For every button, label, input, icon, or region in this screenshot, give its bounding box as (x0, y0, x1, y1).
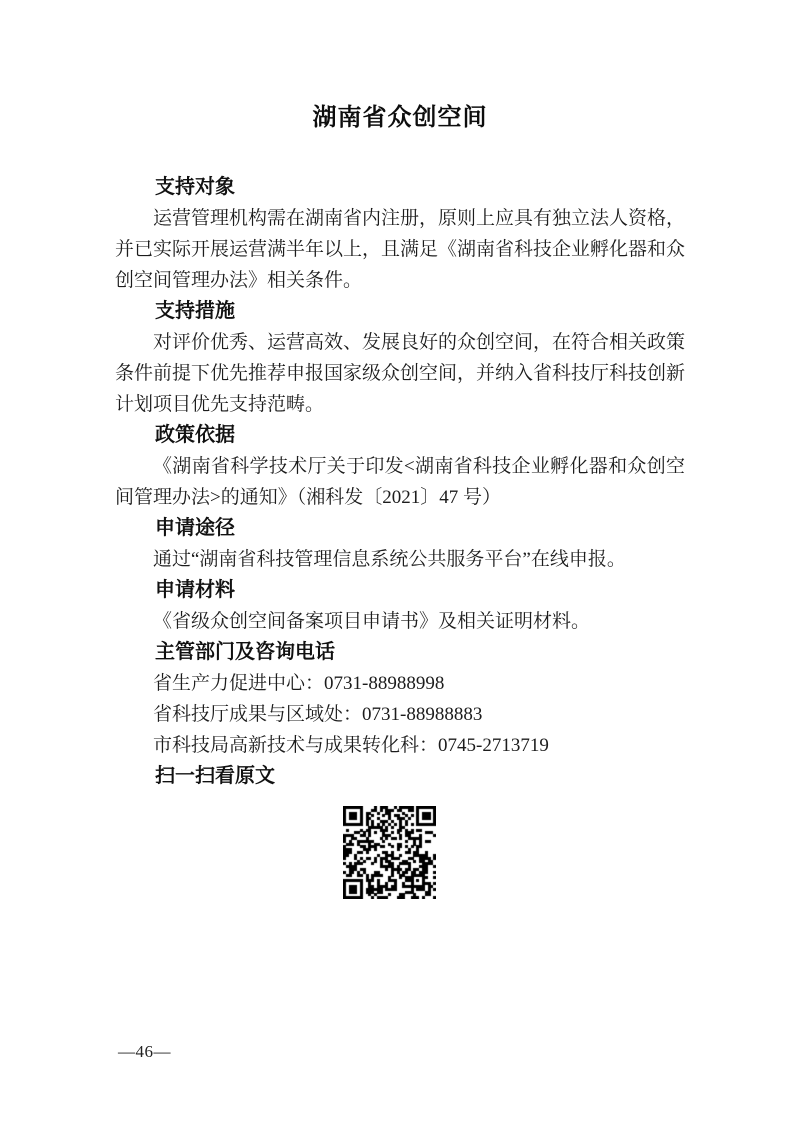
section-heading: 支持对象 (115, 172, 685, 203)
document-page: 湖南省众创空间 支持对象 运营管理机构需在湖南省内注册，原则上应具有独立法人资格… (0, 0, 793, 1122)
qr-code-image (343, 806, 436, 899)
page-title: 湖南省众创空间 (115, 100, 685, 136)
section-heading: 政策依据 (115, 420, 685, 451)
section-paragraph: 《省级众创空间备案项目申请书》及相关证明材料。 (115, 606, 685, 637)
section-heading: 申请材料 (115, 575, 685, 606)
qr-code (343, 806, 436, 899)
page-number: —46— (118, 1040, 171, 1064)
section-heading: 申请途径 (115, 513, 685, 544)
section-contacts: 主管部门及咨询电话 省生产力促进中心：0731-88988998 省科技厅成果与… (115, 637, 685, 761)
section-paragraph: 对评价优秀、运营高效、发展良好的众创空间，在符合相关政策条件前提下优先推荐申报国… (115, 327, 685, 420)
section-support-target: 支持对象 运营管理机构需在湖南省内注册，原则上应具有独立法人资格，并已实际开展运… (115, 172, 685, 296)
contact-line: 省生产力促进中心：0731-88988998 (115, 668, 685, 699)
section-heading: 主管部门及咨询电话 (115, 637, 685, 668)
section-support-measures: 支持措施 对评价优秀、运营高效、发展良好的众创空间，在符合相关政策条件前提下优先… (115, 296, 685, 420)
section-paragraph: 运营管理机构需在湖南省内注册，原则上应具有独立法人资格，并已实际开展运营满半年以… (115, 203, 685, 296)
contact-line: 市科技局高新技术与成果转化科：0745-2713719 (115, 730, 685, 761)
contact-line: 省科技厅成果与区域处：0731-88988883 (115, 699, 685, 730)
document-content: 湖南省众创空间 支持对象 运营管理机构需在湖南省内注册，原则上应具有独立法人资格… (115, 100, 685, 899)
section-heading: 支持措施 (115, 296, 685, 327)
section-scan-original: 扫一扫看原文 (115, 761, 685, 899)
section-heading: 扫一扫看原文 (115, 761, 685, 792)
section-paragraph: 《湖南省科学技术厅关于印发<湖南省科技企业孵化器和众创空间管理办法>的通知》（湘… (115, 451, 685, 513)
section-application-channel: 申请途径 通过“湖南省科技管理信息系统公共服务平台”在线申报。 (115, 513, 685, 575)
section-policy-basis: 政策依据 《湖南省科学技术厅关于印发<湖南省科技企业孵化器和众创空间管理办法>的… (115, 420, 685, 513)
section-application-materials: 申请材料 《省级众创空间备案项目申请书》及相关证明材料。 (115, 575, 685, 637)
section-paragraph: 通过“湖南省科技管理信息系统公共服务平台”在线申报。 (115, 544, 685, 575)
